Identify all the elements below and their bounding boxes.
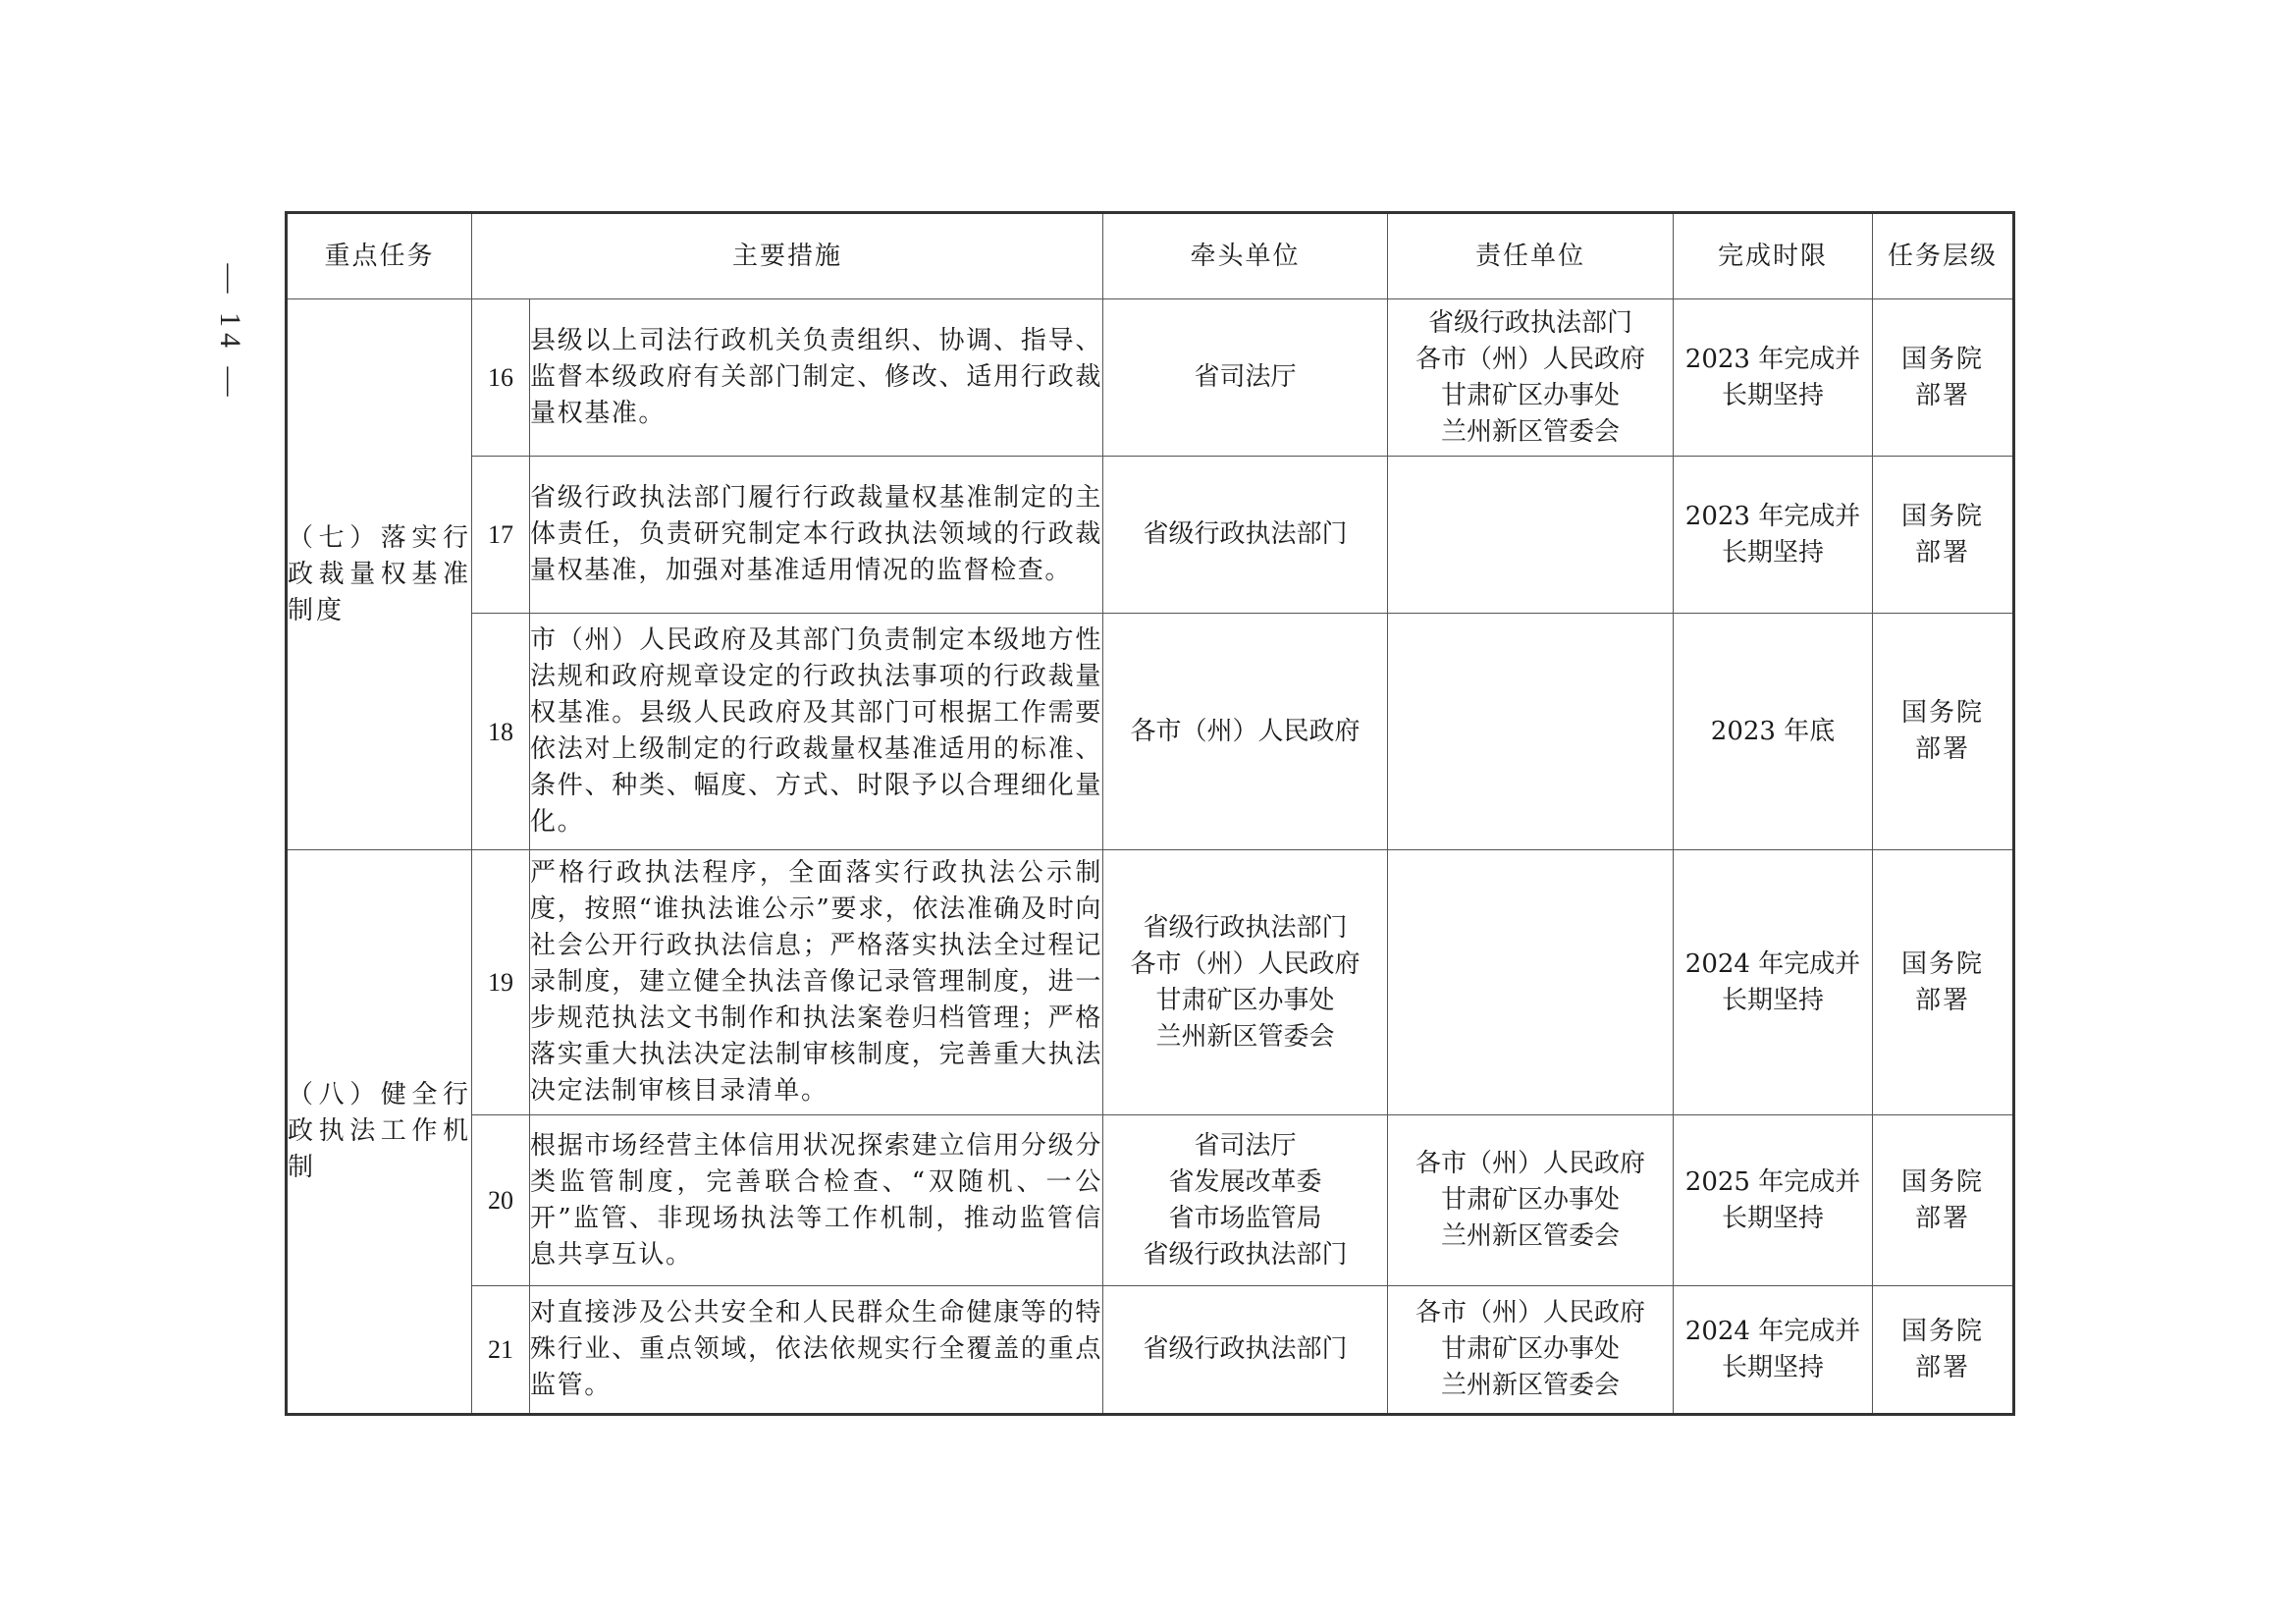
deadline-cell: 2024 年完成并 长期坚持 (1674, 850, 1873, 1115)
row-number: 21 (472, 1286, 530, 1415)
task-group-cell: （八）健全行政执法工作机制 (287, 850, 472, 1415)
responsible-unit-cell (1388, 457, 1674, 614)
header-deadline: 完成时限 (1674, 213, 1873, 299)
level-cell: 国务院 部署 (1873, 299, 2014, 457)
header-level: 任务层级 (1873, 213, 2014, 299)
deadline-cell: 2023 年完成并 长期坚持 (1674, 457, 1873, 614)
measure-cell: 严格行政执法程序，全面落实行政执法公示制度，按照“谁执法谁公示”要求，依法准确及… (530, 850, 1103, 1115)
page-number: — 14 — (213, 264, 246, 403)
deadline-cell: 2024 年完成并 长期坚持 (1674, 1286, 1873, 1415)
header-lead-unit: 牵头单位 (1103, 213, 1388, 299)
task-table: 重点任务 主要措施 牵头单位 责任单位 完成时限 任务层级 （七）落实行政裁量权… (285, 211, 2015, 1416)
responsible-unit-cell: 各市（州）人民政府 甘肃矿区办事处 兰州新区管委会 (1388, 1286, 1674, 1415)
lead-unit-cell: 省司法厅 (1103, 299, 1388, 457)
lead-unit-cell: 各市（州）人民政府 (1103, 614, 1388, 850)
measure-cell: 对直接涉及公共安全和人民群众生命健康等的特殊行业、重点领域，依法依规实行全覆盖的… (530, 1286, 1103, 1415)
row-number: 18 (472, 614, 530, 850)
lead-unit-cell: 省级行政执法部门 (1103, 457, 1388, 614)
deadline-cell: 2025 年完成并 长期坚持 (1674, 1115, 1873, 1286)
level-cell: 国务院 部署 (1873, 1115, 2014, 1286)
deadline-cell: 2023 年完成并 长期坚持 (1674, 299, 1873, 457)
row-number: 16 (472, 299, 530, 457)
row-number: 19 (472, 850, 530, 1115)
header-measures: 主要措施 (472, 213, 1103, 299)
responsible-unit-cell: 各市（州）人民政府 甘肃矿区办事处 兰州新区管委会 (1388, 1115, 1674, 1286)
lead-unit-cell: 省级行政执法部门 各市（州）人民政府 甘肃矿区办事处 兰州新区管委会 (1103, 850, 1388, 1115)
table-row: （七）落实行政裁量权基准制度 16 县级以上司法行政机关负责组织、协调、指导、监… (287, 299, 2014, 457)
measure-cell: 省级行政执法部门履行行政裁量权基准制定的主体责任，负责研究制定本行政执法领域的行… (530, 457, 1103, 614)
lead-unit-cell: 省司法厅 省发展改革委 省市场监管局 省级行政执法部门 (1103, 1115, 1388, 1286)
measure-cell: 根据市场经营主体信用状况探索建立信用分级分类监管制度，完善联合检查、“双随机、一… (530, 1115, 1103, 1286)
measure-cell: 市（州）人民政府及其部门负责制定本级地方性法规和政府规章设定的行政执法事项的行政… (530, 614, 1103, 850)
responsible-unit-cell (1388, 614, 1674, 850)
table-row: 17 省级行政执法部门履行行政裁量权基准制定的主体责任，负责研究制定本行政执法领… (287, 457, 2014, 614)
row-number: 17 (472, 457, 530, 614)
row-number: 20 (472, 1115, 530, 1286)
level-cell: 国务院 部署 (1873, 1286, 2014, 1415)
header-responsible-unit: 责任单位 (1388, 213, 1674, 299)
table-row: 21 对直接涉及公共安全和人民群众生命健康等的特殊行业、重点领域，依法依规实行全… (287, 1286, 2014, 1415)
responsible-unit-cell: 省级行政执法部门 各市（州）人民政府 甘肃矿区办事处 兰州新区管委会 (1388, 299, 1674, 457)
level-cell: 国务院 部署 (1873, 850, 2014, 1115)
table-row: （八）健全行政执法工作机制 19 严格行政执法程序，全面落实行政执法公示制度，按… (287, 850, 2014, 1115)
responsible-unit-cell (1388, 850, 1674, 1115)
table-header-row: 重点任务 主要措施 牵头单位 责任单位 完成时限 任务层级 (287, 213, 2014, 299)
header-task: 重点任务 (287, 213, 472, 299)
lead-unit-cell: 省级行政执法部门 (1103, 1286, 1388, 1415)
table-row: 20 根据市场经营主体信用状况探索建立信用分级分类监管制度，完善联合检查、“双随… (287, 1115, 2014, 1286)
level-cell: 国务院 部署 (1873, 457, 2014, 614)
deadline-cell: 2023 年底 (1674, 614, 1873, 850)
table-row: 18 市（州）人民政府及其部门负责制定本级地方性法规和政府规章设定的行政执法事项… (287, 614, 2014, 850)
level-cell: 国务院 部署 (1873, 614, 2014, 850)
task-group-cell: （七）落实行政裁量权基准制度 (287, 299, 472, 850)
measure-cell: 县级以上司法行政机关负责组织、协调、指导、监督本级政府有关部门制定、修改、适用行… (530, 299, 1103, 457)
